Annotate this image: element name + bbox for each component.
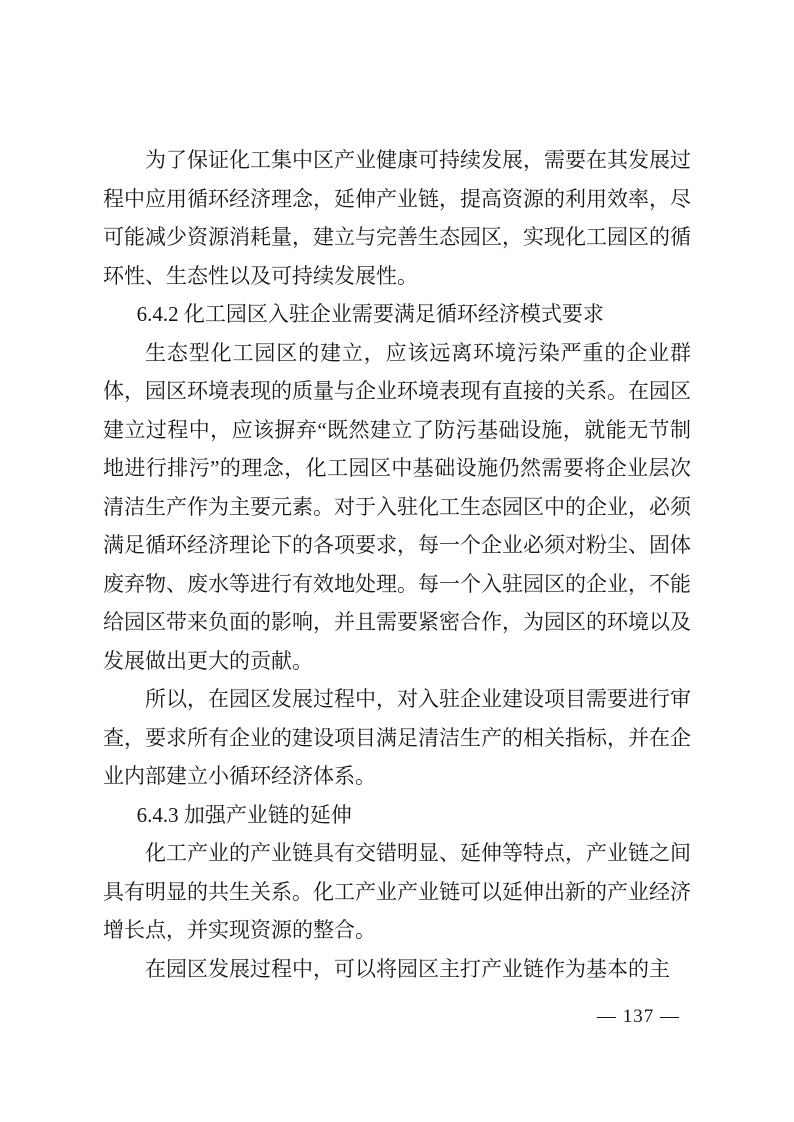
paragraph-eco-park-requirements: 生态型化工园区的建立，应该远离环境污染严重的企业群体，园区环境表现的质量与企业环… (103, 334, 691, 681)
section-heading-642: 6.4.2 化工园区入驻企业需要满足循环经济模式要求 (103, 295, 691, 334)
paragraph-intro: 为了保证化工集中区产业健康可持续发展，需要在其发展过程中应用循环经济理念，延伸产… (103, 141, 691, 295)
page-content: 为了保证化工集中区产业健康可持续发展，需要在其发展过程中应用循环经济理念，延伸产… (103, 141, 691, 988)
paragraph-industry-chain: 化工产业的产业链具有交错明显、延伸等特点，产业链之间具有明显的共生关系。化工产业… (103, 834, 691, 950)
page-number: — 137 — (597, 1003, 680, 1031)
document-page: 为了保证化工集中区产业健康可持续发展，需要在其发展过程中应用循环经济理念，延伸产… (0, 0, 794, 1122)
section-heading-643: 6.4.3 加强产业链的延伸 (103, 796, 691, 835)
paragraph-main-chain-lead: 在园区发展过程中，可以将园区主打产业链作为基本的主 (103, 950, 691, 989)
paragraph-project-review: 所以，在园区发展过程中，对入驻企业建设项目需要进行审查，要求所有企业的建设项目满… (103, 680, 691, 796)
